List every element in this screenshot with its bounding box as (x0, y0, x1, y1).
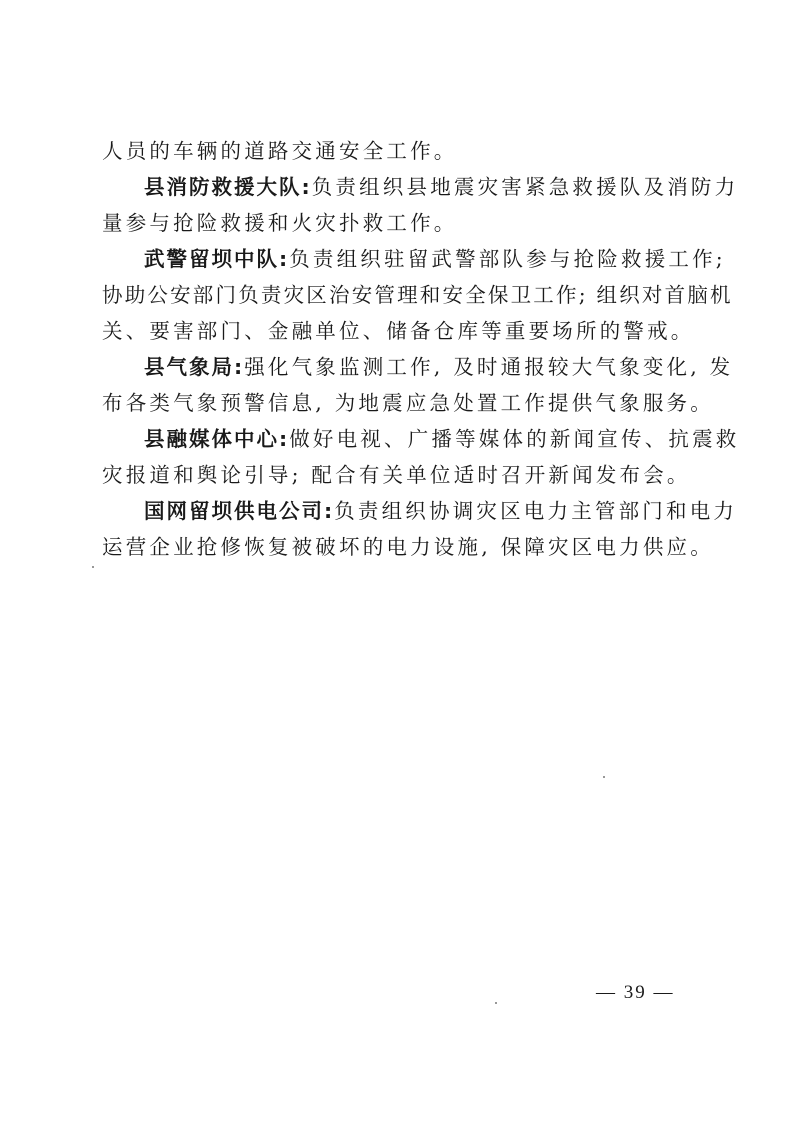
paragraph-line: 关、要害部门、金融单位、储备仓库等重要场所的警戒。 (102, 313, 702, 349)
document-body: 人员的车辆的道路交通安全工作。 县消防救援大队:负责组织县地震灾害紧急救援队及消… (102, 133, 702, 565)
paragraph-text: 强化气象监测工作, 及时通报较大气象变化, 发 (244, 355, 733, 379)
paragraph-heading: 国网留坝供电公司: (144, 499, 334, 523)
paragraph-line: 灾报道和舆论引导; 配合有关单位适时召开新闻发布会。 (102, 457, 702, 493)
paragraph-line: 人员的车辆的道路交通安全工作。 (102, 133, 702, 169)
scan-speck (495, 1002, 497, 1004)
paragraph-line: 协助公安部门负责灾区治安管理和安全保卫工作; 组织对首脑机 (102, 277, 702, 313)
paragraph-text: 负责组织县地震灾害紧急救援队及消防力 (312, 175, 739, 199)
paragraph-meteorology: 县气象局:强化气象监测工作, 及时通报较大气象变化, 发 (102, 349, 702, 385)
paragraph-heading: 县消防救援大队: (144, 175, 312, 199)
paragraph-heading: 县融媒体中心: (144, 427, 289, 451)
paragraph-text: 做好电视、广播等媒体的新闻宣传、抗震救 (289, 427, 739, 451)
paragraph-text: 负责组织协调灾区电力主管部门和电力 (334, 499, 737, 523)
paragraph-media-center: 县融媒体中心:做好电视、广播等媒体的新闻宣传、抗震救 (102, 421, 702, 457)
scan-speck (92, 566, 94, 568)
page-number: — 39 — (596, 982, 675, 1004)
paragraph-fire-rescue: 县消防救援大队:负责组织县地震灾害紧急救援队及消防力 (102, 169, 702, 205)
paragraph-heading: 县气象局: (144, 355, 244, 379)
paragraph-line: 量参与抢险救援和火灾扑救工作。 (102, 205, 702, 241)
paragraph-line: 运营企业抢修恢复被破坏的电力设施, 保障灾区电力供应。 (102, 529, 702, 565)
paragraph-line: 布各类气象预警信息, 为地震应急处置工作提供气象服务。 (102, 385, 702, 421)
paragraph-heading: 武警留坝中队: (144, 247, 289, 271)
scan-speck (603, 776, 605, 778)
paragraph-armed-police: 武警留坝中队:负责组织驻留武警部队参与抢险救援工作; (102, 241, 702, 277)
paragraph-power-supply: 国网留坝供电公司:负责组织协调灾区电力主管部门和电力 (102, 493, 702, 529)
paragraph-text: 负责组织驻留武警部队参与抢险救援工作; (289, 247, 726, 271)
